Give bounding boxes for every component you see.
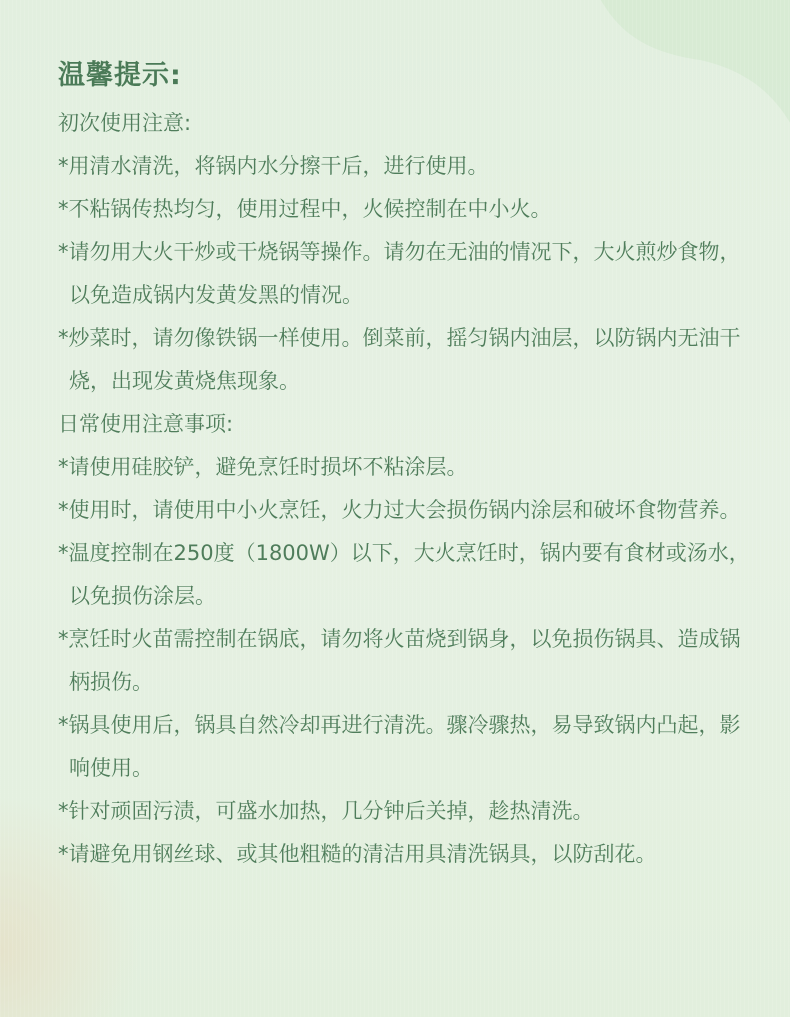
section-heading: 初次使用注意: — [58, 102, 758, 145]
section-heading: 日常使用注意事项: — [58, 403, 758, 446]
section-daily-use: 日常使用注意事项: *请使用硅胶铲，避免烹饪时损坏不粘涂层。 *使用时，请使用中… — [58, 403, 758, 876]
list-item: *不粘锅传热均匀，使用过程中，火候控制在中小火。 — [58, 188, 758, 231]
list-item: *请避免用钢丝球、或其他粗糙的清洁用具清洗锅具，以防刮花。 — [58, 833, 758, 876]
list-item: *针对顽固污渍，可盛水加热，几分钟后关掉，趁热清洗。 — [58, 790, 758, 833]
list-item: *炒菜时，请勿像铁锅一样使用。倒菜前，摇匀锅内油层，以防锅内无油干烧，出现发黄烧… — [58, 317, 758, 403]
tips-content: 温馨提示: 初次使用注意: *用清水清洗，将锅内水分擦干后，进行使用。 *不粘锅… — [58, 56, 758, 876]
list-item: *温度控制在250度（1800W）以下，大火烹饪时，锅内要有食材或汤水，以免损伤… — [58, 532, 758, 618]
list-item: *锅具使用后，锅具自然冷却再进行清洗。骤冷骤热，易导致锅内凸起，影响使用。 — [58, 704, 758, 790]
section-first-use: 初次使用注意: *用清水清洗，将锅内水分擦干后，进行使用。 *不粘锅传热均匀，使… — [58, 102, 758, 403]
list-item: *请使用硅胶铲，避免烹饪时损坏不粘涂层。 — [58, 446, 758, 489]
list-item: *烹饪时火苗需控制在锅底，请勿将火苗烧到锅身，以免损伤锅具、造成锅柄损伤。 — [58, 618, 758, 704]
page-title: 温馨提示: — [58, 56, 758, 96]
list-item: *用清水清洗，将锅内水分擦干后，进行使用。 — [58, 145, 758, 188]
list-item: *请勿用大火干炒或干烧锅等操作。请勿在无油的情况下，大火煎炒食物，以免造成锅内发… — [58, 231, 758, 317]
list-item: *使用时，请使用中小火烹饪，火力过大会损伤锅内涂层和破坏食物营养。 — [58, 489, 758, 532]
